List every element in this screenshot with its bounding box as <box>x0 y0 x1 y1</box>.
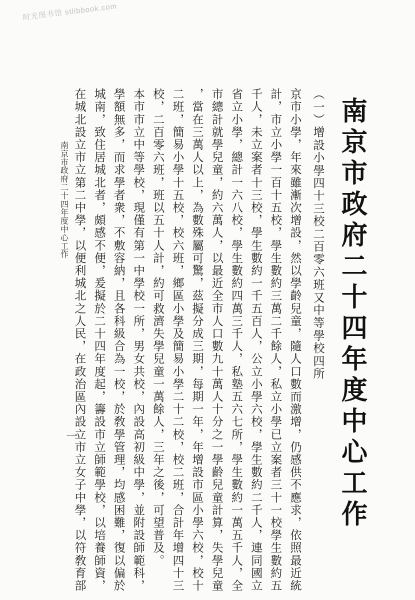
text-column: 二班，簡易小學十五校，校六班，鄉區小學及簡易小學二十二校，校二班，合計年增四十三 <box>167 88 187 600</box>
text-column: 省立小學，總計一六八校，學生數約四萬三千人，私塾五六七所，學生數約一萬五千人，全 <box>226 88 246 600</box>
text-column: 市總計就學兒童，約六萬人，以最近全市人口數九十萬人十分之一學齡兒童計算，失學兒童 <box>206 88 226 600</box>
text-column: 學額無多，而求學者衆，不敷容納，且各科級合為一校，於敎學管理，均感困難，復以偏於 <box>108 88 128 600</box>
text-column: 在城北設立市立第二中學，以便利城北之人民，在政治區內設立市立女子中學，以符敎育部 <box>69 88 89 600</box>
text-column: 千人，未立案者十三校，學生數約一千五百人，公立小學六校，學生數約二千人，連同國立 <box>245 88 265 600</box>
section-heading: （一）增設小學四十三校二百零六班又中等學校四所 <box>307 88 328 600</box>
text-column: 本市市立中等學校，現僅有第一中學校一所，男女共校，內設高初級中學，並附設師範科， <box>128 88 148 600</box>
text-column: ，當在三萬人以上，為數殊屬可驚，茲擬分成三期，每期一年，年增設市區小學六校，校十 <box>186 88 206 600</box>
margin-running-title: 南京市政府二十四年度中心工作 <box>59 141 70 259</box>
document-title: 南京市政府二十四年度中心工作 <box>335 88 369 600</box>
scanned-document-page: 时光图书馆 stlibbook.com 南京市政府二十四年度中心工作 （一）增設… <box>0 0 415 600</box>
text-column: 城南，致住居城北者，頗感不便，爰擬於二十四年度起，籌設市立師範學校，以培養師資， <box>88 88 108 600</box>
library-watermark: 时光图书馆 stlibbook.com <box>22 0 118 22</box>
text-column: 校，二百零六班，班以五十人計，約可救濟失學兒童一萬餘人，三年之後，可望普及。 <box>147 88 167 600</box>
document-content: 南京市政府二十四年度中心工作 （一）增設小學四十三校二百零六班又中等學校四所 京… <box>69 88 369 600</box>
text-column: 計，市立小學一百十五校，學生數約三萬二千餘人，私立小學已立案者三十一校學生數約五 <box>265 88 285 600</box>
page-number: 一 <box>63 430 79 442</box>
text-column: 京市小學，年來雖漸次增設，然以學齡兒童，隨人口數而激增，仍感供不應求，依照最近統 <box>284 88 304 600</box>
